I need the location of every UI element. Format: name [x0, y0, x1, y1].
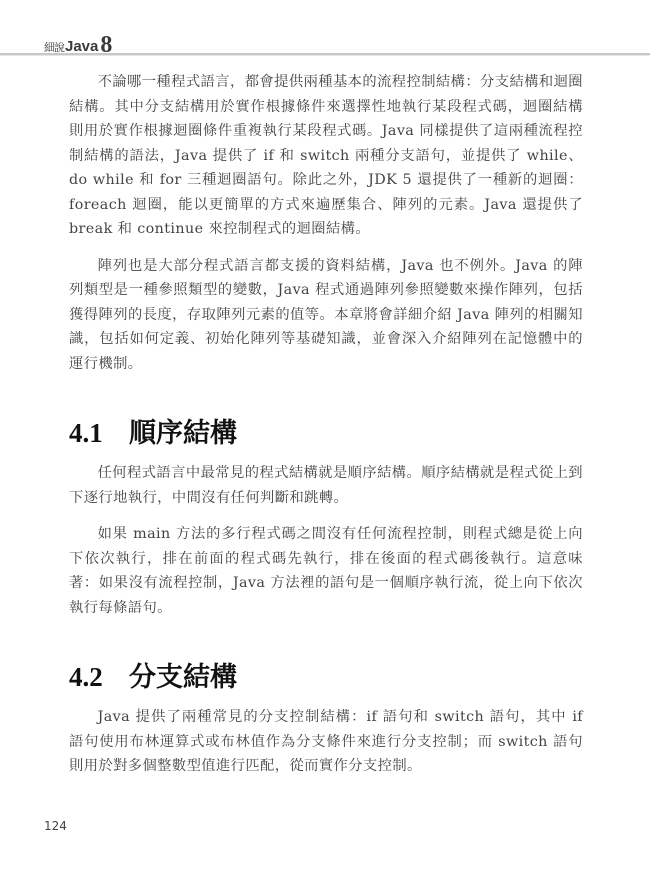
running-header: 細說 Java 8	[44, 33, 112, 55]
section-heading-4-1: 4.1 順序結構	[69, 411, 583, 449]
section-heading-4-2: 4.2 分支結構	[69, 655, 583, 693]
heading-spacer	[69, 449, 583, 461]
section-number: 4.2	[69, 662, 129, 693]
intro-paragraph-2: 陣列也是大部分程式語言都支援的資料結構，Java 也不例外。Java 的陣列類型…	[69, 254, 583, 377]
page-body: 不論哪一種程式語言，都會提供兩種基本的流程控制結構：分支結構和迴圈結構。其中分支…	[69, 70, 583, 779]
paragraph-spacer	[69, 510, 583, 522]
section-4-1-paragraph-1: 任何程式語言中最常見的程式結構就是順序結構。順序結構就是程式從上到下逐行地執行，…	[69, 461, 583, 510]
section-spacer	[69, 376, 583, 411]
paragraph-spacer	[69, 242, 583, 254]
intro-paragraph-1: 不論哪一種程式語言，都會提供兩種基本的流程控制結構：分支結構和迴圈結構。其中分支…	[69, 70, 583, 242]
section-4-1-paragraph-2: 如果 main 方法的多行程式碼之間沒有任何流程控制，則程式總是從上向下依次執行…	[69, 522, 583, 620]
header-divider	[0, 53, 650, 56]
page-number: 124	[44, 819, 67, 833]
section-4-2-paragraph-1: Java 提供了兩種常見的分支控制結構：if 語句和 switch 語句，其中 …	[69, 705, 583, 779]
section-title: 順序結構	[129, 411, 237, 450]
book-title-version: 8	[100, 35, 112, 55]
section-number: 4.1	[69, 418, 129, 449]
heading-spacer	[69, 693, 583, 705]
section-title: 分支結構	[129, 655, 237, 694]
section-spacer	[69, 620, 583, 655]
